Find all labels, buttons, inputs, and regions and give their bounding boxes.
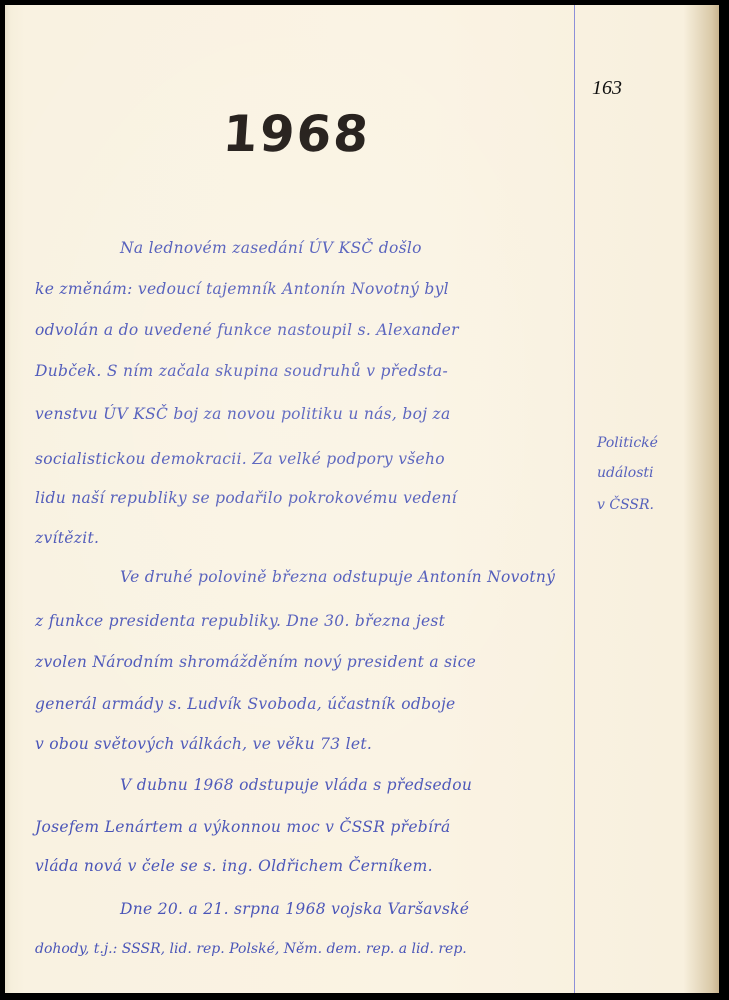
side-note-line: v ČSSR. [597, 497, 707, 513]
text-line: ke změnám: vedoucí tajemník Antonín Novo… [35, 280, 575, 298]
text-line: vláda nová v čele se s. ing. Oldřichem Č… [35, 857, 575, 875]
text-line: Ve druhé polovině března odstupuje Anton… [35, 568, 660, 586]
text-line: z funkce presidenta republiky. Dne 30. b… [35, 612, 575, 630]
handwritten-chronicle-page: 163 1968 Na lednovém zasedání ÚV KSČ doš… [5, 5, 719, 993]
text-line: Josefem Lenártem a výkonnou moc v ČSSR p… [35, 818, 575, 836]
page-number: 163 [592, 77, 622, 100]
text-line: odvolán a do uvedené funkce nastoupil s.… [35, 321, 575, 339]
year-heading: 1968 [221, 105, 372, 163]
text-line: lidu naší republiky se podařilo pokrokov… [35, 489, 575, 507]
text-line: venstvu ÚV KSČ boj za novou politiku u n… [35, 405, 575, 423]
text-line: generál armády s. Ludvík Svoboda, účastn… [35, 695, 575, 713]
text-line: dohody, t.j.: SSSR, lid. rep. Polské, Ně… [35, 941, 575, 957]
side-note-line: události [597, 465, 707, 481]
text-line: v obou světových válkách, ve věku 73 let… [35, 735, 575, 753]
text-line: socialistickou demokracii. Za velké podp… [35, 450, 575, 468]
text-line: zvolen Národním shromážděním nový presid… [35, 653, 575, 671]
side-note-line: Politické [597, 435, 707, 451]
text-line: V dubnu 1968 odstupuje vláda s předsedou [35, 776, 660, 794]
text-line: Na lednovém zasedání ÚV KSČ došlo [35, 239, 660, 257]
text-line: Dubček. S ním začala skupina soudruhů v … [35, 362, 575, 380]
text-line: Dne 20. a 21. srpna 1968 vojska Varšavsk… [35, 900, 660, 918]
text-line: zvítězit. [35, 529, 575, 547]
